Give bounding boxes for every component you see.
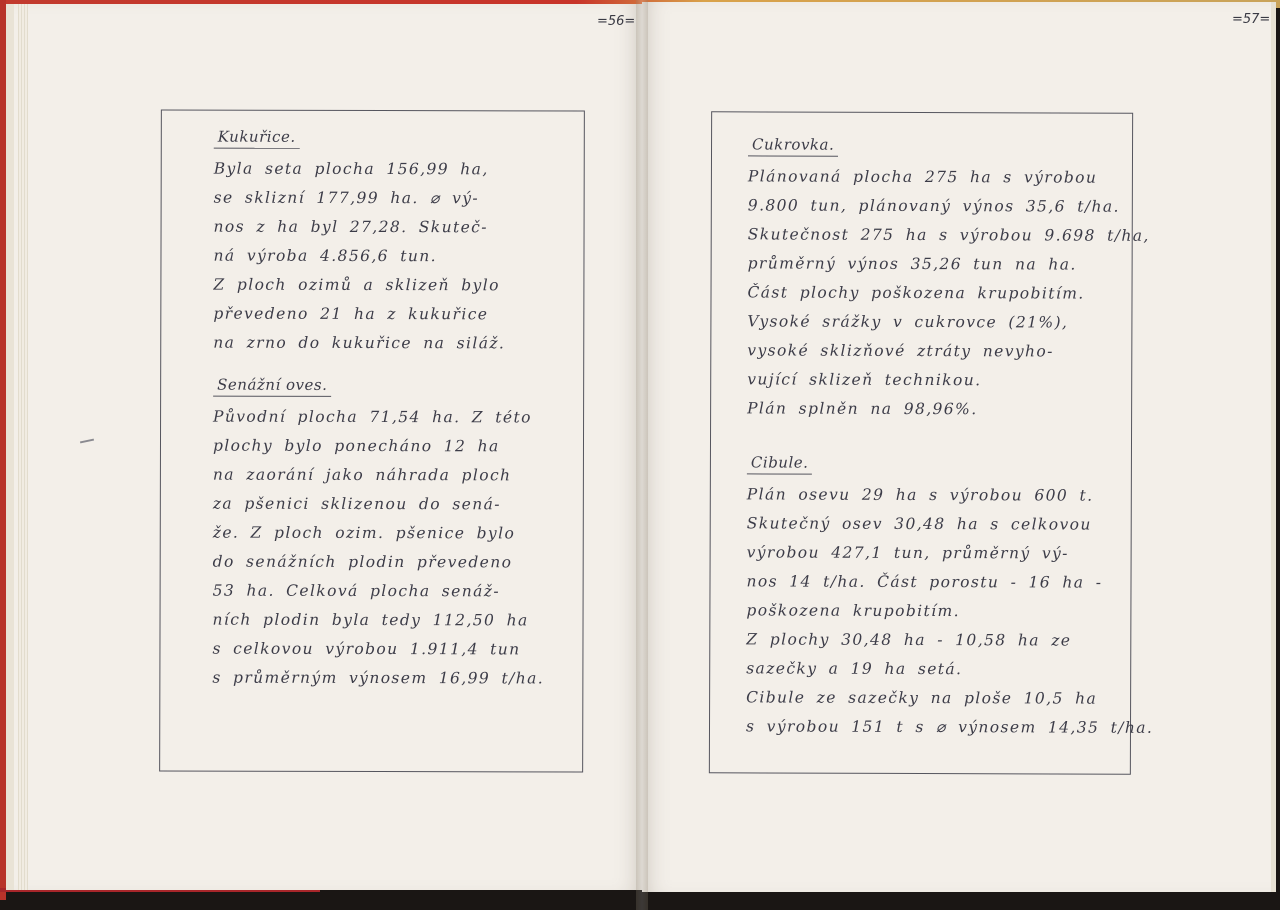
text-line: průměrný výnos 35,26 tun na ha. xyxy=(748,249,1150,279)
page-number: =56= xyxy=(597,14,635,29)
text-line: Skutečnost 275 ha s výrobou 9.698 t/ha, xyxy=(748,220,1150,250)
text-line: s výrobou 151 t s ⌀ výnosem 14,35 t/ha. xyxy=(746,712,1153,742)
text-line: 53 ha. Celková plocha senáž- xyxy=(213,577,545,607)
text-line: Z plochy 30,48 ha - 10,58 ha ze xyxy=(746,625,1153,655)
text-line: vysoké sklizňové ztráty nevyho- xyxy=(747,336,1149,366)
text-line: Z ploch ozimů a sklizeň bylo xyxy=(213,271,505,301)
text-line: nos z ha byl 27,28. Skuteč- xyxy=(214,213,506,243)
section-heading: Cibule. xyxy=(747,453,813,474)
section-kukurice: Kukuřice. Byla seta plocha 156,99 ha, se… xyxy=(213,127,506,359)
right-page: =57= Cukrovka. Plánovaná plocha 275 ha s… xyxy=(642,2,1276,892)
text-line: ná výroba 4.856,6 tun. xyxy=(213,242,505,272)
book-gutter xyxy=(636,0,648,910)
text-line: že. Z ploch ozim. pšenice bylo xyxy=(213,519,545,549)
text-line: Plán osevu 29 ha s výrobou 600 t. xyxy=(747,480,1154,510)
text-line: výrobou 427,1 tun, průměrný vý- xyxy=(747,538,1154,568)
text-line: vující sklizeň technikou. xyxy=(747,365,1149,395)
text-line: se sklizní 177,99 ha. ⌀ vý- xyxy=(214,184,506,214)
stray-pen-mark xyxy=(80,439,94,444)
text-line: na zaorání jako náhrada ploch xyxy=(213,461,545,491)
section-heading: Kukuřice. xyxy=(214,128,300,149)
text-line: Část plochy poškozena krupobitím. xyxy=(747,278,1149,308)
text-line: převedeno 21 ha z kukuřice xyxy=(213,300,505,330)
text-line: za pšenici sklizenou do sená- xyxy=(213,490,545,520)
text-line: sazečky a 19 ha setá. xyxy=(746,654,1153,684)
left-page: =56= Kukuřice. Byla seta plocha 156,99 h… xyxy=(6,4,642,890)
section-cukrovka: Cukrovka. Plánovaná plocha 275 ha s výro… xyxy=(747,134,1150,424)
text-line: s průměrným výnosem 16,99 t/ha. xyxy=(212,664,544,694)
section-heading: Senážní oves. xyxy=(213,376,331,397)
section-senazni-oves: Senážní oves. Původní plocha 71,54 ha. Z… xyxy=(212,375,545,694)
text-line: Původní plocha 71,54 ha. Z této xyxy=(213,403,545,433)
text-line: plochy bylo ponecháno 12 ha xyxy=(213,432,545,462)
text-line: nos 14 t/ha. Část porostu - 16 ha - xyxy=(746,567,1153,597)
text-line: Cibule ze sazečky na ploše 10,5 ha xyxy=(746,683,1153,713)
text-line: 9.800 tun, plánovaný výnos 35,6 t/ha. xyxy=(748,191,1150,221)
text-line: Plán splněn na 98,96%. xyxy=(747,394,1149,424)
section-heading: Cukrovka. xyxy=(748,135,838,156)
text-line: Plánovaná plocha 275 ha s výrobou xyxy=(748,162,1150,192)
section-cibule: Cibule. Plán osevu 29 ha s výrobou 600 t… xyxy=(746,452,1154,742)
text-frame: Kukuřice. Byla seta plocha 156,99 ha, se… xyxy=(159,109,585,772)
text-line: do senážních plodin převedeno xyxy=(213,548,545,578)
text-line: Skutečný osev 30,48 ha s celkovou xyxy=(747,509,1154,539)
page-edge-stack xyxy=(18,4,28,890)
text-line: ních plodin byla tedy 112,50 ha xyxy=(212,606,544,636)
text-frame: Cukrovka. Plánovaná plocha 275 ha s výro… xyxy=(709,111,1133,774)
text-line: poškozena krupobitím. xyxy=(746,596,1153,626)
text-line: na zrno do kukuřice na siláž. xyxy=(213,329,505,359)
text-line: s celkovou výrobou 1.911,4 tun xyxy=(212,635,544,665)
text-line: Vysoké srážky v cukrovce (21%), xyxy=(747,307,1149,337)
text-line: Byla seta plocha 156,99 ha, xyxy=(214,155,506,185)
page-number: =57= xyxy=(1232,12,1270,27)
